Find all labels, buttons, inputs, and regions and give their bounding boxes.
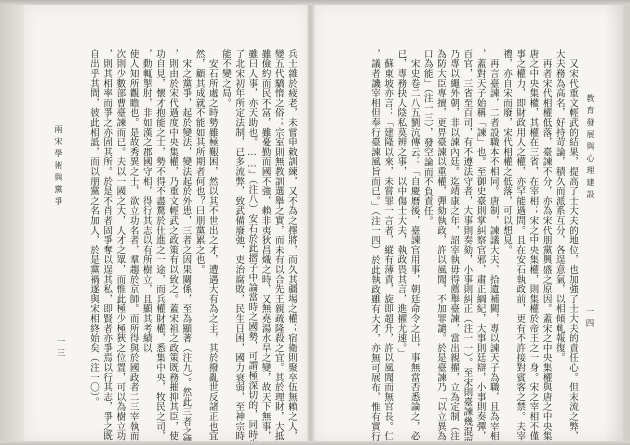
text-column: 雖曰人事，亦天助也。……」（注八）安石於此摺子中論當時之國勢，可謂極深切的，同時… — [245, 49, 258, 437]
text-column: 為防大臣專擅，更畀臺諫以重權，彈劾執政，許以風聞，不加罪譴。於是臺諫乃「以立異為… — [434, 49, 447, 437]
book-spread-scan: 兩宋學術與黨爭 一三 兵士雜於疲老，未嘗申敕訓練，又不為之擇將，而久其疆埸之權；… — [0, 0, 630, 445]
text-column: 兵士雜於疲老，未嘗申敕訓練，又不為之擇將，而久其疆埸之權；宿衛則聚卒伍無賴之人，… — [285, 49, 298, 437]
text-column: 宋史卷二八五劉沆傳云：「自慶曆後，臺諫官用事，朝廷命令之出，事無當否悉論之，必勝… — [407, 49, 420, 437]
text-column: 禮，亦自宋而廢，宋代相權之低落，可以想見。 — [500, 49, 513, 437]
text-column: ，議者譏宰相但奉行臺諫風旨而已。」（注一四）於此執政雖有大才，亦無可展布，惟有實… — [368, 49, 381, 437]
right-page-number: 一四 — [583, 307, 595, 330]
left-page-number: 一三 — [54, 337, 66, 360]
text-column: 變五代驕惰之俗；宗室則無教訓選舉之實，而未有以合先王親疏隆殺之宜。其於理財，大抵… — [272, 49, 285, 437]
text-column: 功自見，懷才抱能之士，勢不得不盡騖於仕進之一途，而兵權財權，悉集中央，牧民之司，… — [153, 49, 166, 437]
text-column: 然，顧其成就不能如其所期者何也？曰朋黨累之也。 — [192, 49, 205, 437]
text-column: ，則其相率而爭之亦固其所。於是不肖者固爭奪以逞其私，即賢者亦爭焉以行其志，爭之既… — [100, 49, 113, 437]
left-page-text-columns: 兵士雜於疲老，未嘗申敕訓練，又不為之擇將，而久其疆埸之權；宿衛則聚卒伍無賴之人，… — [87, 49, 298, 437]
text-column: ，動輒掣肘，非如漢之郡國守相，得行其志以有所樹立，且顯其考績以 — [140, 49, 153, 437]
text-column: 能不變之局。 — [219, 49, 232, 437]
text-column: 再者宋代相權低落，臺諫不分，亦為宋代朋黨興盛之原因。蓋宋之中央集權與唐之中央集權… — [539, 49, 552, 437]
text-column: 了北宋初年所定法制，已多流弊，致武備廢弛，吏治腐敗，民生日困，國力衰弱，至神宗時… — [232, 49, 245, 437]
text-column: 口為能」（注一三），發空論而不負責任。 — [421, 49, 434, 437]
right-page-text-columns: 又宋代重文輕武的結果，提高了士大夫的地位，也加強了士大夫的責任心。但末流之弊，則… — [368, 49, 579, 437]
text-column: 宋之黨爭，起於變法，變法起於外患，三者之因果關係，至為顯著（注九）。然此三者之總… — [179, 49, 192, 437]
text-column: 乃專以繩外朝，非以諫內廷。迄靖康之年，詔宰執毋得薦舉臺諫，當出親擢，立為定制（注… — [447, 49, 460, 437]
text-column: ，則由於宋代過度中央集權，乃重文輕武之政策有以致之。蓋宋祖之政策既務摧抑其臣，使… — [166, 49, 179, 437]
text-column: 雖儉約而民不富，雖憂勤而國不強，賴非夷狄昌熾之時，又無堯湯水旱之變，故天下無事，… — [258, 49, 271, 437]
text-column: 蘇東坡亦言：「建隆以來，未嘗罪一言者，縱有薄責，旋即超升，許以風聞而無官長。仁宗… — [381, 49, 394, 437]
left-page: 兩宋學術與黨爭 一三 兵士雜於疲老，未嘗申敕訓練，又不為之擇將，而久其疆埸之權；… — [24, 5, 308, 441]
text-column: 已，專務抉人陰私莫辨之事，以中傷士大夫，執政畏其言，進擢尤速。」 — [394, 49, 407, 437]
text-column: 使人知所觀瞻也。是故秀異之士，欲立功名者，羣趨於京師。而所得與於國政者二三宰執而… — [126, 49, 139, 437]
page-gutter-shadow — [306, 0, 315, 445]
right-page: 教育發展與心理建設 一四 又宋代重文輕武的結果，提高了士大夫的地位，也加強了士大… — [313, 5, 623, 441]
text-column: 事之權力，即財政用人之權，亦罕能過問。且在安石執政前，更有不許接對賓客之禁。夫宰… — [513, 49, 526, 437]
text-column: 安石所處之時勢雖極艱困，然以其不世出之才，遭遇大有為之主，其於撥亂世反諸正也宜若… — [206, 49, 219, 437]
text-column: 大夫務為高名，好持苛論，積久而派系互分，各逞意氣，以相傾軋報復。 — [553, 49, 566, 437]
text-column: 再言臺諫，二者設職本不相同。唐制，諫議大夫、拾遺補闕，專以諫天子為職，且為宰相之… — [487, 49, 500, 437]
text-column: 自出乎其間，彼此相詆，而以朋黨之名加人，於是黨禍遂與宋相終始矣（注一〇）。 — [87, 49, 100, 437]
left-scan-edge — [0, 0, 25, 445]
text-column: 次則少數部曹臺諫而已。夫以一國之大，人才之眾，而惟此極少極狹之位置，可以為樹立功… — [113, 49, 126, 437]
text-column: ，蓋對天子始稱「諫」也。至御史臺則掌糾察官邪，肅正綱紀，大事則廷辯，小事則奏彈，… — [473, 49, 486, 437]
text-column: 百官，三省至百司，有不遵法守者，大事則奏劾，小事則糾正（注一一）。至宋則臺諫幾混… — [460, 49, 473, 437]
text-column: 又宋代重文輕武的結果，提高了士大夫的地位，也加強了士大夫的責任心。但末流之弊，則… — [566, 49, 579, 437]
right-scan-edge — [605, 0, 630, 445]
text-column: 唐之中央集權，其權在三省，在宰相；宋之中央集權，則集權於帝王之一身。宋之宰相不僅… — [526, 49, 539, 437]
left-running-head: 兩宋學術與黨爭 — [53, 125, 64, 209]
right-running-head: 教育發展與心理建設 — [585, 94, 596, 202]
